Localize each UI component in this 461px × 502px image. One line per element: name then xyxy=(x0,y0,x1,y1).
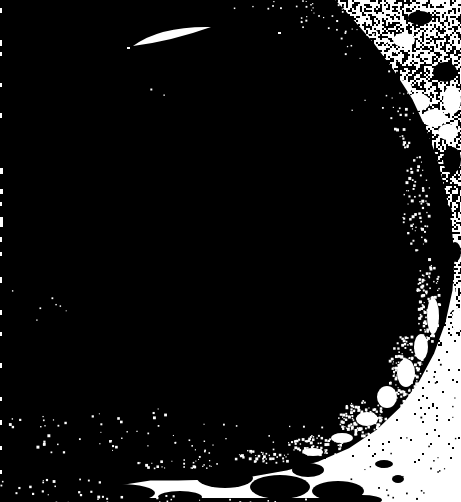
photo-frame xyxy=(0,0,461,502)
binarized-photo xyxy=(0,0,461,502)
